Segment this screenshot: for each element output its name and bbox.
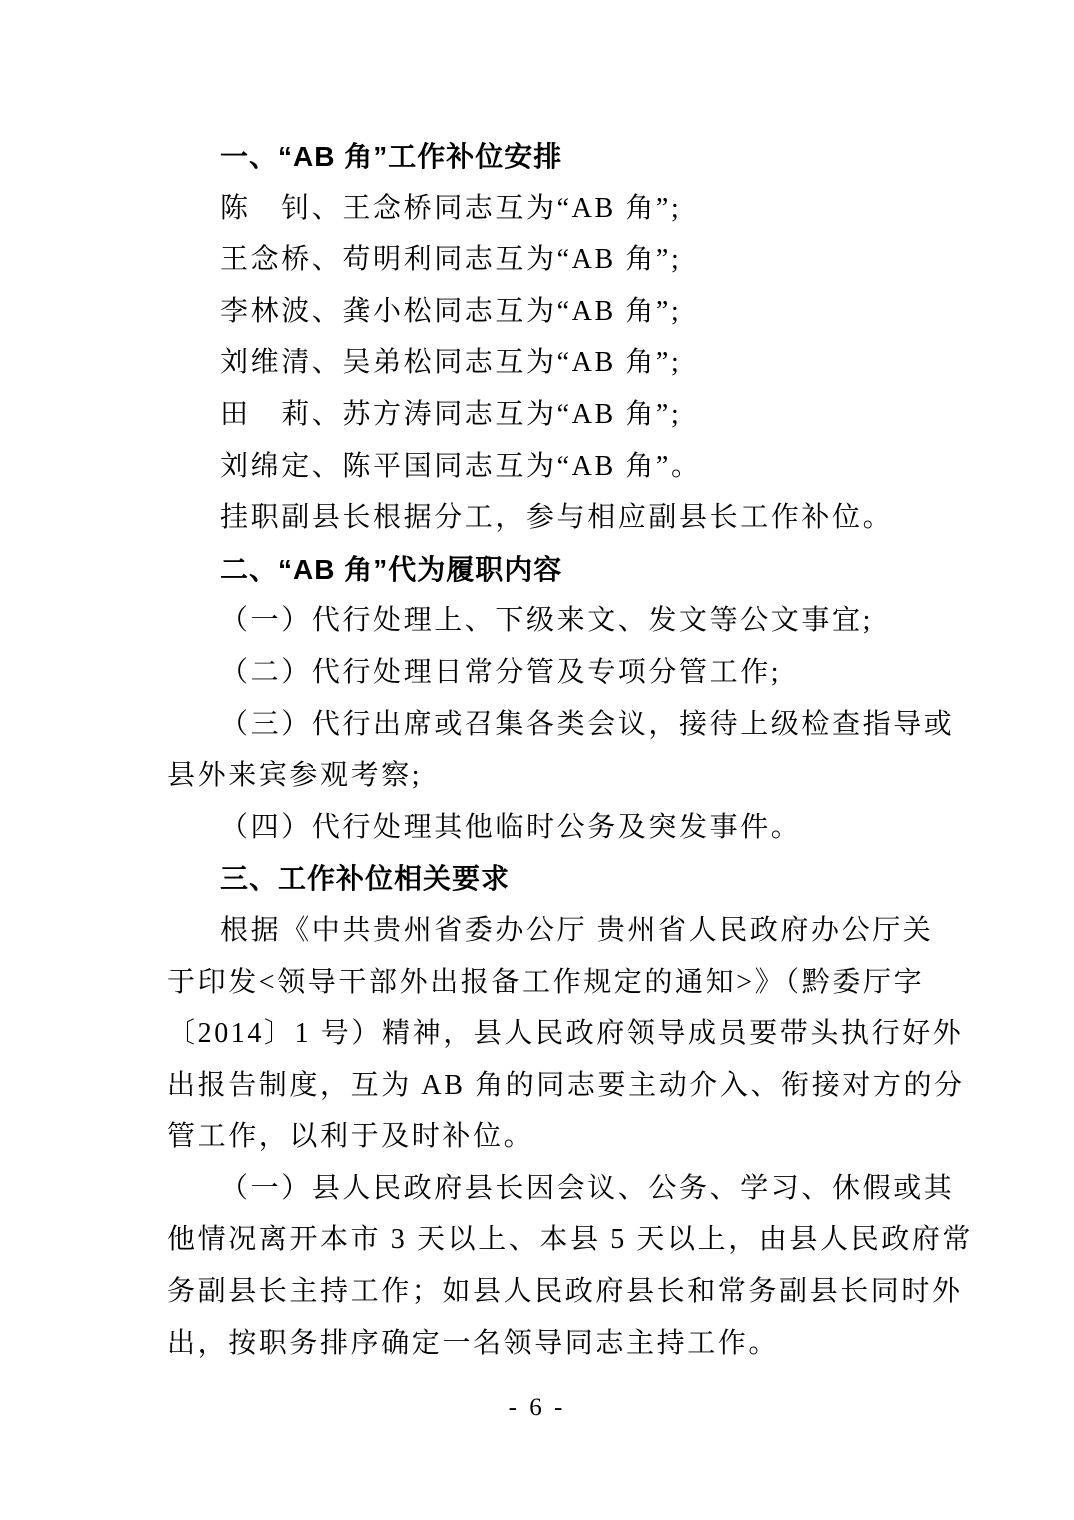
text-line: 管工作，以利于及时补位。 (167, 1111, 908, 1163)
text-line: 陈 钊、王念桥同志互为“AB 角”; (167, 183, 908, 235)
text-line: 出报告制度，互为 AB 角的同志要主动介入、衔接对方的分 (167, 1060, 908, 1112)
text-line: 田 莉、苏方涛同志互为“AB 角”; (167, 389, 908, 441)
text-line: 挂职副县长根据分工，参与相应副县长工作补位。 (167, 492, 908, 544)
text-line: （一）县人民政府县长因会议、公务、学习、休假或其 (167, 1163, 908, 1215)
document-page: 一、“AB 角”工作补位安排 陈 钊、王念桥同志互为“AB 角”; 王念桥、苟明… (0, 0, 1074, 1520)
text-line: 于印发<领导干部外出报备工作规定的通知>》（黔委厅字 (167, 957, 908, 1009)
text-line: 刘绵定、陈平国同志互为“AB 角”。 (167, 441, 908, 493)
page-number: - 6 - (509, 1394, 566, 1421)
text-line: （二）代行处理日常分管及专项分管工作; (167, 647, 908, 699)
document-body: 一、“AB 角”工作补位安排 陈 钊、王念桥同志互为“AB 角”; 王念桥、苟明… (167, 131, 908, 1369)
text-line: 刘维清、吴弟松同志互为“AB 角”; (167, 337, 908, 389)
text-line: 王念桥、苟明利同志互为“AB 角”; (167, 234, 908, 286)
section-1-heading: 一、“AB 角”工作补位安排 (167, 131, 908, 183)
text-line: 出，按职务排序确定一名领导同志主持工作。 (167, 1318, 908, 1370)
text-line: 根据《中共贵州省委办公厅 贵州省人民政府办公厅关 (167, 905, 908, 957)
text-line: 〔2014〕1 号）精神，县人民政府领导成员要带头执行好外 (167, 1008, 908, 1060)
text-line: （一）代行处理上、下级来文、发文等公文事宜; (167, 595, 908, 647)
text-line: 他情况离开本市 3 天以上、本县 5 天以上，由县人民政府常 (167, 1214, 908, 1266)
text-line: （四）代行处理其他临时公务及突发事件。 (167, 802, 908, 854)
text-line: 县外来宾参观考察; (167, 750, 908, 802)
section-2-heading: 二、“AB 角”代为履职内容 (167, 544, 908, 596)
section-3-heading: 三、工作补位相关要求 (167, 853, 908, 905)
text-line: 李林波、龚小松同志互为“AB 角”; (167, 286, 908, 338)
text-line: （三）代行出席或召集各类会议，接待上级检查指导或 (167, 699, 908, 751)
text-line: 务副县长主持工作；如县人民政府县长和常务副县长同时外 (167, 1266, 908, 1318)
page-footer: - 6 - (0, 1393, 1074, 1423)
